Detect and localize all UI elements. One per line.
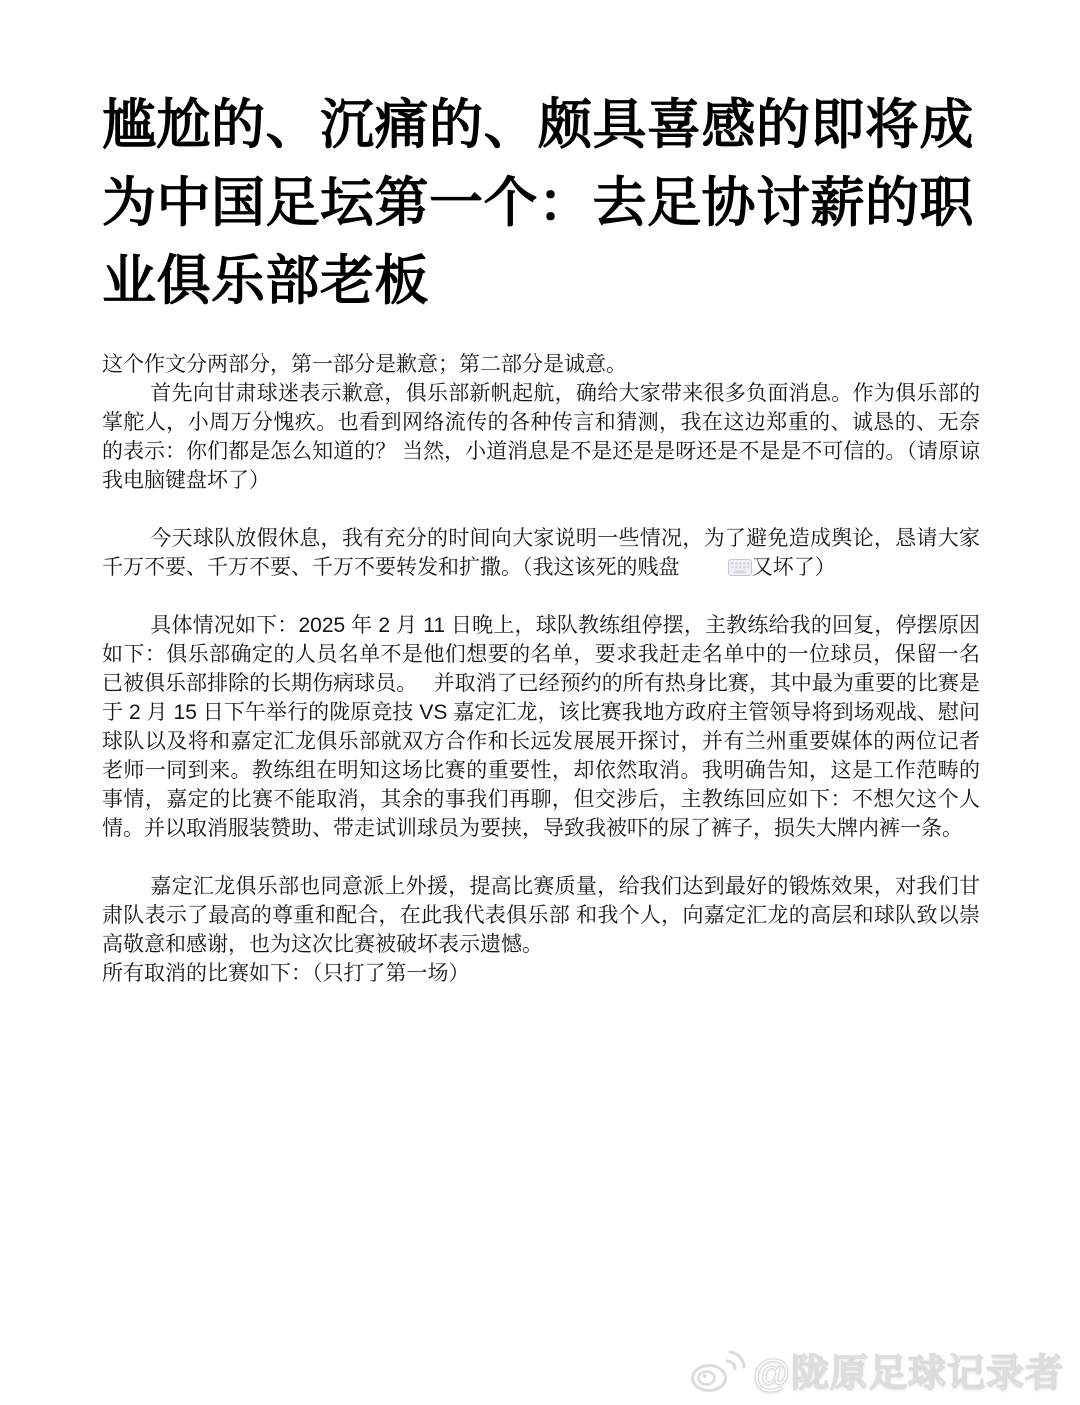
article-paragraph-details: 具体情况如下：2025 年 2 月 11 日晚上，球队教练组停摆，主教练给我的回… — [102, 611, 980, 843]
article-title: 尴尬的、沉痛的、颇具喜感的即将成为中国足坛第一个：去足协讨薪的职业俱乐部老板 — [102, 86, 980, 320]
article-page: 尴尬的、沉痛的、颇具喜感的即将成为中国足坛第一个：去足协讨薪的职业俱乐部老板 这… — [0, 0, 1080, 1405]
watermark-handle: @陇原足球记录者 — [753, 1342, 1064, 1397]
paragraph-text-after-emoji: 又坏了） — [752, 556, 836, 579]
paragraph-text-before-emoji: 今天球队放假休息，我有充分的时间向大家说明一些情况，为了避免造成舆论，恳请大家千… — [102, 527, 980, 579]
article-paragraph-cancelled-matches: 所有取消的比赛如下：（只打了第一场） — [102, 959, 980, 988]
article-paragraph-intro: 这个作文分两部分，第一部分是歉意；第二部分是诚意。 — [102, 350, 980, 379]
keyboard-emoji-icon — [680, 559, 752, 576]
watermark: @陇原足球记录者 — [688, 1342, 1064, 1397]
article-paragraph-thanks: 嘉定汇龙俱乐部也同意派上外援，提高比赛质量，给我们达到最好的锻炼效果，对我们甘肃… — [102, 872, 980, 959]
article-paragraph-notice: 今天球队放假休息，我有充分的时间向大家说明一些情况，为了避免造成舆论，恳请大家千… — [102, 524, 980, 582]
weibo-icon — [688, 1345, 748, 1395]
article-content: 尴尬的、沉痛的、颇具喜感的即将成为中国足坛第一个：去足协讨薪的职业俱乐部老板 这… — [0, 0, 1080, 988]
article-paragraph-apology: 首先向甘肃球迷表示歉意，俱乐部新帆起航，确给大家带来很多负面消息。作为俱乐部的掌… — [102, 379, 980, 495]
